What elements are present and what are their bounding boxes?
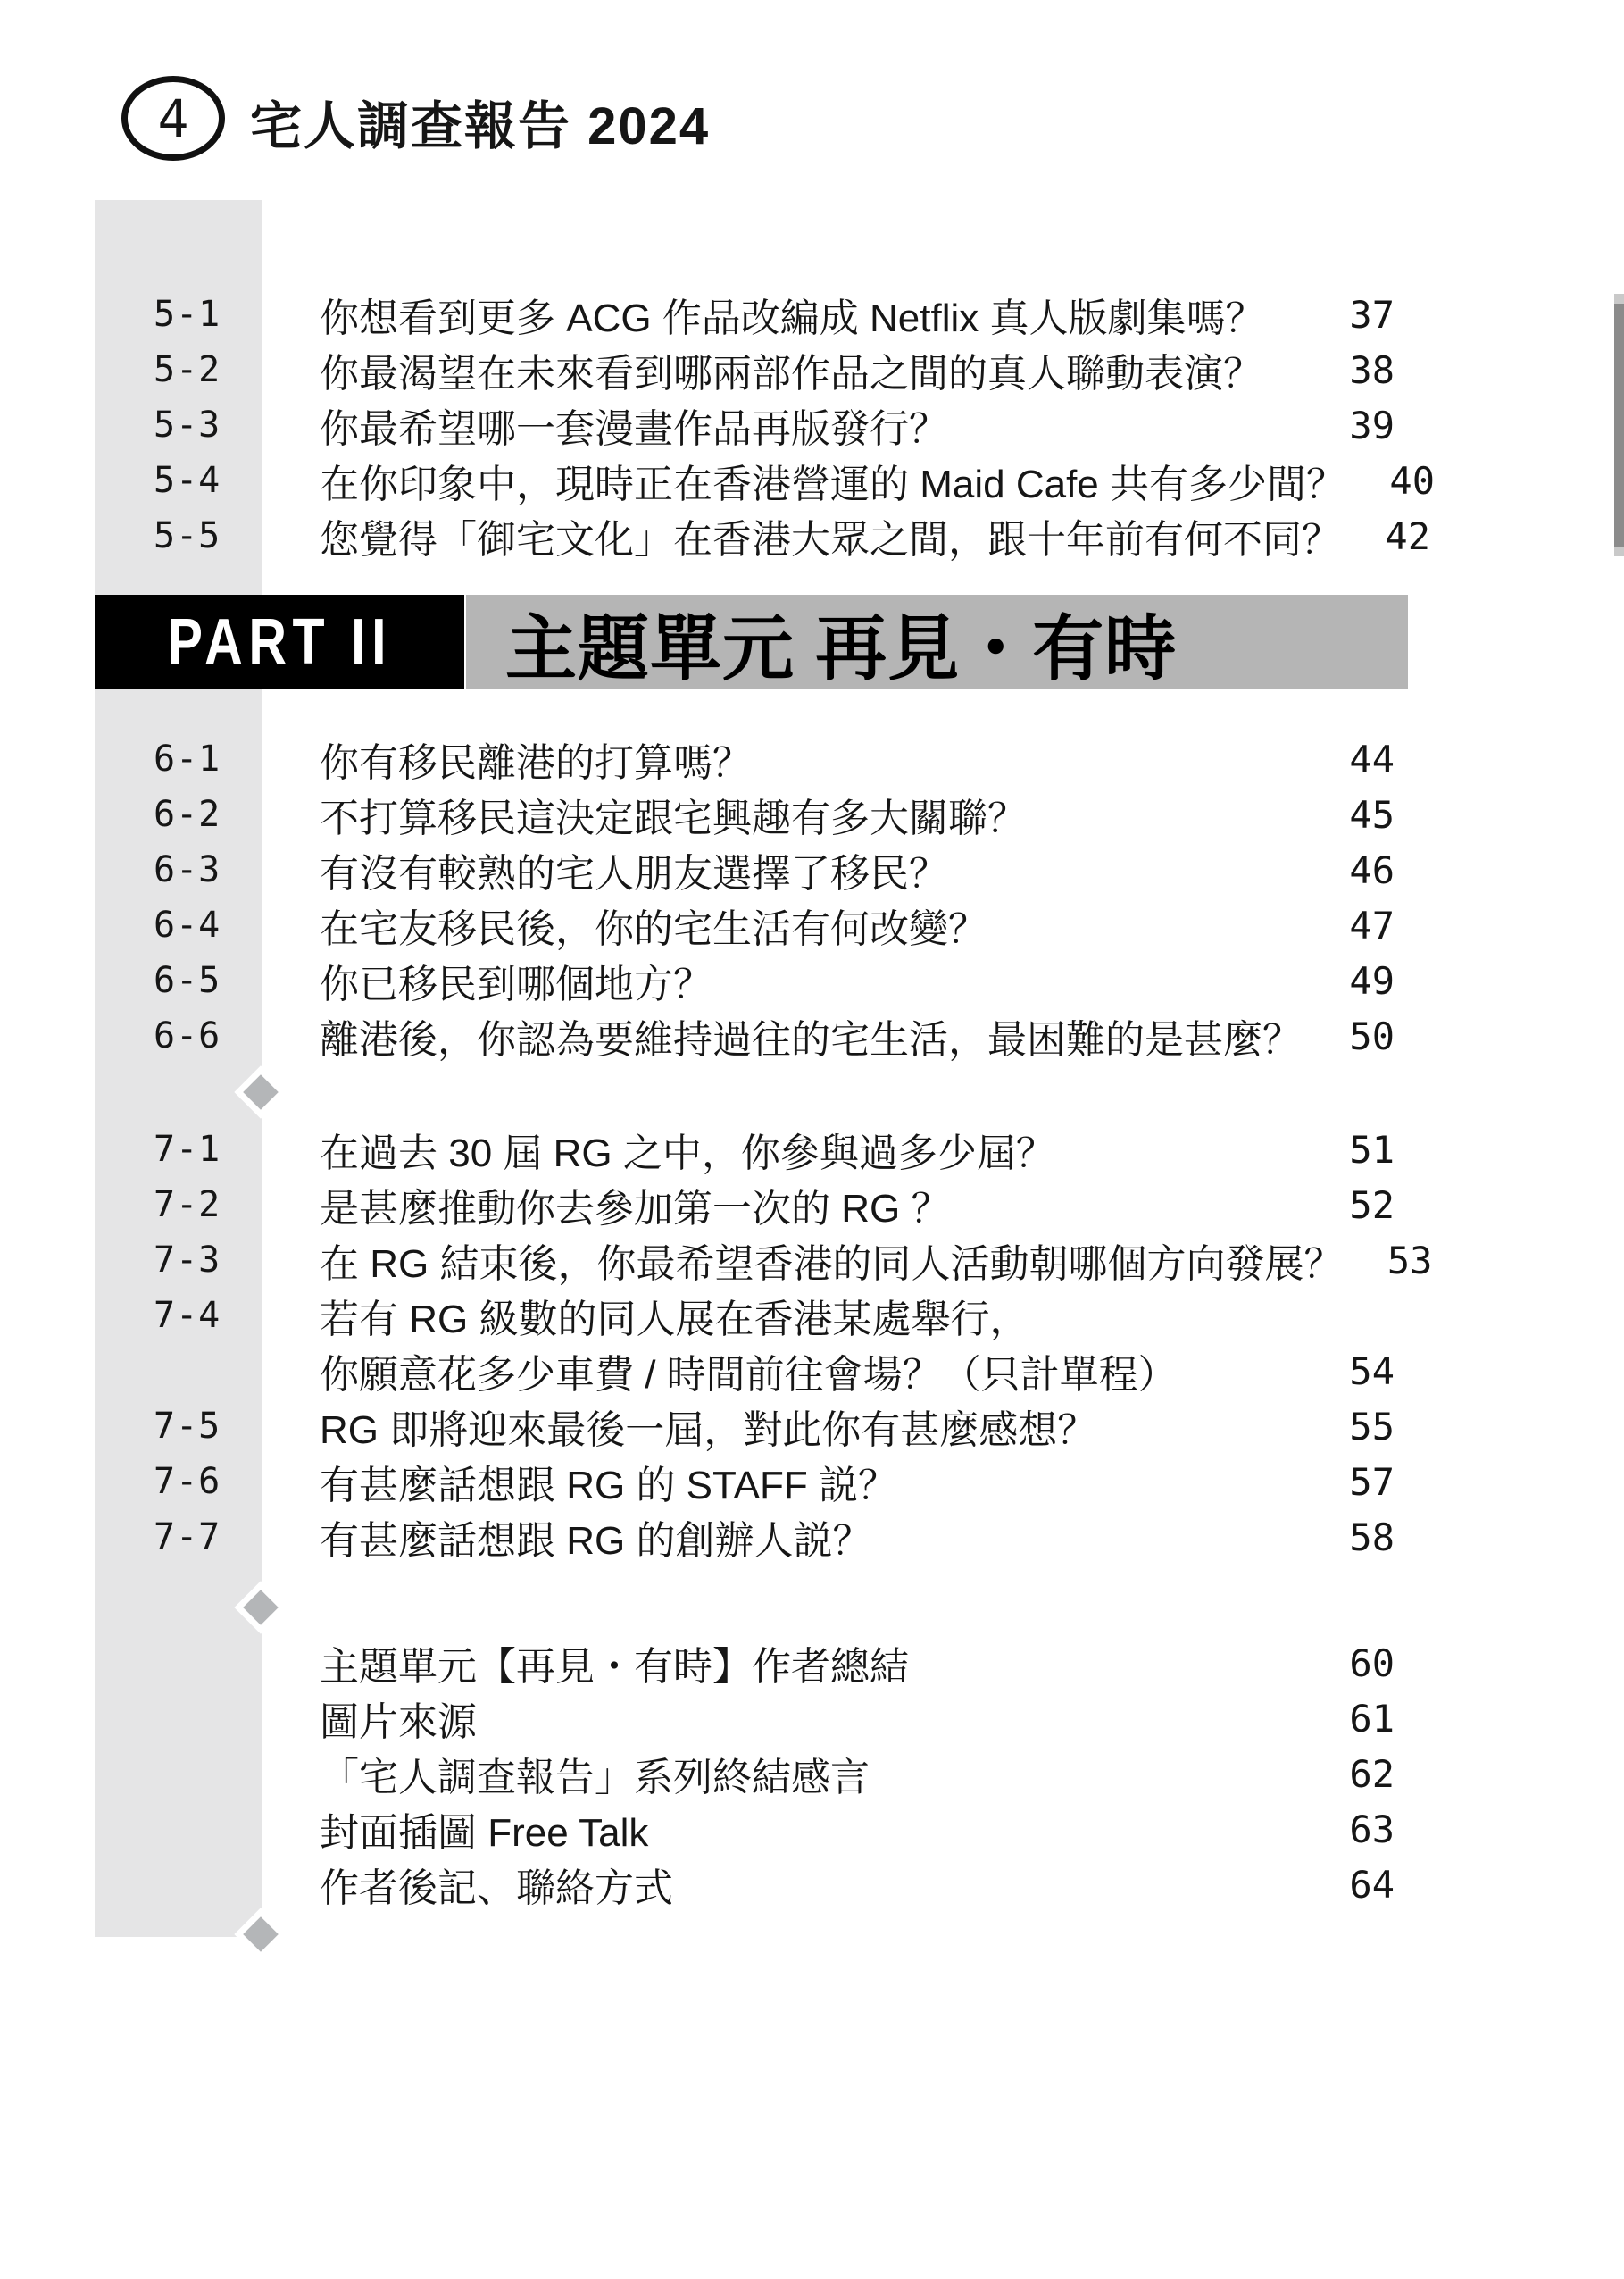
toc-item-number: 7-5	[154, 1406, 320, 1447]
toc-item-title: 你最希望哪一套漫畫作品再版發行？	[320, 397, 1305, 454]
toc-item-number: 5-3	[154, 405, 320, 446]
page-number: 4	[158, 93, 189, 145]
toc-item-number: 7-2	[154, 1184, 320, 1225]
toc-item-number: 6-2	[154, 794, 320, 835]
toc-row: 5-2 你最渴望在未來看到哪兩部作品之間的真人聯動表演？ 38	[154, 342, 1395, 397]
toc-item-title: 是甚麼推動你去參加第一次的 RG ？	[320, 1176, 1305, 1233]
toc-row: 7-3 在 RG 結束後，你最希望香港的同人活動朝哪個方向發展？ 53	[154, 1232, 1395, 1288]
toc-row: 7-5 RG 即將迎來最後一屆，對此你有甚麼感想？ 55	[154, 1398, 1395, 1454]
toc-item-page: 54	[1305, 1349, 1395, 1393]
toc-row: 「宅人調查報告」系列終結感言 62	[154, 1746, 1395, 1801]
toc-item-title: 你想看到更多 ACG 作品改編成 Netflix 真人版劇集嗎？	[320, 286, 1305, 343]
toc-item-title: 有沒有較熟的宅人朋友選擇了移民？	[320, 841, 1305, 898]
toc-item-title: 在過去 30 屆 RG 之中，你參與過多少屆？	[320, 1121, 1305, 1178]
toc-section-5: 5-1 你想看到更多 ACG 作品改編成 Netflix 真人版劇集嗎？ 37 …	[154, 287, 1395, 563]
page-edge-tab-cap-bottom	[1614, 547, 1624, 556]
part-banner: 主題單元 再見・有時	[466, 595, 1408, 689]
page-number-badge: 4	[121, 76, 225, 161]
toc-item-number: 6-1	[154, 739, 320, 780]
toc-item-number: 6-6	[154, 1015, 320, 1056]
toc-item-page: 62	[1305, 1752, 1395, 1796]
toc-row: 6-3 有沒有較熟的宅人朋友選擇了移民？ 46	[154, 842, 1395, 897]
toc-item-page: 60	[1305, 1641, 1395, 1685]
toc-item-page: 49	[1305, 959, 1395, 1003]
toc-item-title: 有甚麼話想跟 RG 的創辦人説？	[320, 1508, 1305, 1565]
toc-row: 7-2 是甚麼推動你去參加第一次的 RG ？ 52	[154, 1177, 1395, 1232]
toc-item-title: 你已移民到哪個地方？	[320, 952, 1305, 1009]
toc-row: 圖片來源 61	[154, 1690, 1395, 1746]
toc-item-page: 52	[1305, 1183, 1395, 1227]
toc-item-number: 7-4	[154, 1295, 320, 1336]
toc-item-number: 6-5	[154, 960, 320, 1001]
toc-item-number: 6-3	[154, 849, 320, 890]
toc-item-page: 45	[1305, 793, 1395, 837]
toc-row: 6-2 不打算移民這決定跟宅興趣有多大關聯？ 45	[154, 787, 1395, 842]
toc-item-title: RG 即將迎來最後一屆，對此你有甚麼感想？	[320, 1398, 1305, 1455]
toc-item-title: 在 RG 結束後，你最希望香港的同人活動朝哪個方向發展？	[320, 1231, 1343, 1289]
toc-item-title: 有甚麼話想跟 RG 的 STAFF 説？	[320, 1453, 1305, 1510]
toc-row: 5-5 您覺得「御宅文化」在香港大眾之間，跟十年前有何不同？ 42	[154, 508, 1395, 563]
toc-row: 封面插圖 Free Talk 63	[154, 1801, 1395, 1857]
toc-item-page: 37	[1305, 293, 1395, 337]
toc-item-page: 58	[1305, 1515, 1395, 1559]
toc-row: 7-7 有甚麼話想跟 RG 的創辦人説？ 58	[154, 1509, 1395, 1565]
toc-item-title: 你願意花多少車費 / 時間前往會場？（只計單程）	[320, 1342, 1305, 1399]
toc-item-page: 57	[1305, 1460, 1395, 1504]
toc-item-page: 47	[1305, 904, 1395, 947]
toc-row: 作者後記、聯絡方式 64	[154, 1857, 1395, 1912]
toc-row: 5-1 你想看到更多 ACG 作品改編成 Netflix 真人版劇集嗎？ 37	[154, 287, 1395, 342]
toc-section-7: 7-1 在過去 30 屆 RG 之中，你參與過多少屆？ 51 7-2 是甚麼推動…	[154, 1122, 1395, 1565]
toc-item-title: 您覺得「御宅文化」在香港大眾之間，跟十年前有何不同？	[320, 507, 1341, 564]
toc-item-number: 6-4	[154, 905, 320, 946]
toc-item-page: 53	[1343, 1239, 1432, 1282]
toc-row: 5-4 在你印象中，現時正在香港營運的 Maid Cafe 共有多少間？ 40	[154, 453, 1395, 508]
toc-row: 6-1 你有移民離港的打算嗎？ 44	[154, 731, 1395, 787]
toc-item-page: 51	[1305, 1128, 1395, 1172]
toc-row: 7-1 在過去 30 屆 RG 之中，你參與過多少屆？ 51	[154, 1122, 1395, 1177]
toc-section-end: 主題單元【再見・有時】作者總結 60 圖片來源 61 「宅人調查報告」系列終結感…	[154, 1635, 1395, 1912]
toc-row: 6-6 離港後，你認為要維持過往的宅生活，最困難的是甚麼？ 50	[154, 1008, 1395, 1064]
toc-item-title: 在宅友移民後，你的宅生活有何改變？	[320, 897, 1305, 954]
toc-item-page: 39	[1305, 404, 1395, 447]
toc-item-number: 7-7	[154, 1516, 320, 1557]
toc-item-page: 38	[1305, 348, 1395, 392]
toc-item-number: 5-2	[154, 349, 320, 390]
toc-row: 你願意花多少車費 / 時間前往會場？（只計單程） 54	[154, 1343, 1395, 1398]
toc-item-title: 離港後，你認為要維持過往的宅生活，最困難的是甚麼？	[320, 1007, 1305, 1064]
toc-item-title: 作者後記、聯絡方式	[320, 1856, 1305, 1913]
page-edge-tab	[1614, 294, 1624, 556]
toc-item-title: 你有移民離港的打算嗎？	[320, 730, 1305, 788]
part-banner-title: 主題單元 再見・有時	[505, 591, 1177, 694]
toc-row: 7-6 有甚麼話想跟 RG 的 STAFF 説？ 57	[154, 1454, 1395, 1509]
toc-item-number: 7-3	[154, 1240, 320, 1281]
toc-row: 6-5 你已移民到哪個地方？ 49	[154, 953, 1395, 1008]
toc-item-page: 61	[1305, 1697, 1395, 1741]
toc-item-title: 主題單元【再見・有時】作者總結	[320, 1634, 1305, 1691]
toc-item-page: 44	[1305, 738, 1395, 781]
toc-item-title: 在你印象中，現時正在香港營運的 Maid Cafe 共有多少間？	[320, 452, 1345, 509]
part-label-box: PART II	[95, 595, 464, 689]
toc-item-number: 7-1	[154, 1129, 320, 1170]
toc-item-number: 5-4	[154, 460, 320, 501]
toc-item-title: 「宅人調查報告」系列終結感言	[320, 1745, 1305, 1802]
toc-section-6: 6-1 你有移民離港的打算嗎？ 44 6-2 不打算移民這決定跟宅興趣有多大關聯…	[154, 731, 1395, 1064]
toc-row: 7-4 若有 RG 級數的同人展在香港某處舉行，	[154, 1288, 1395, 1343]
page-edge-tab-cap-top	[1614, 294, 1624, 304]
toc-row: 主題單元【再見・有時】作者總結 60	[154, 1635, 1395, 1690]
toc-item-page: 50	[1305, 1014, 1395, 1058]
toc-item-page: 64	[1305, 1863, 1395, 1907]
toc-item-number: 7-6	[154, 1461, 320, 1502]
page-title: 宅人調查報告 2024	[250, 84, 710, 159]
toc-item-number: 5-5	[154, 515, 320, 556]
toc-row: 6-4 在宅友移民後，你的宅生活有何改變？ 47	[154, 897, 1395, 953]
toc-item-page: 40	[1345, 459, 1435, 503]
toc-item-title: 圖片來源	[320, 1690, 1305, 1747]
toc-item-title: 不打算移民這決定跟宅興趣有多大關聯？	[320, 786, 1305, 843]
toc-item-page: 46	[1305, 848, 1395, 892]
toc-item-page: 63	[1305, 1807, 1395, 1851]
toc-item-title: 若有 RG 級數的同人展在香港某處舉行，	[320, 1287, 1305, 1344]
part-label: PART II	[167, 605, 391, 679]
toc-row: 5-3 你最希望哪一套漫畫作品再版發行？ 39	[154, 397, 1395, 453]
toc-item-page: 42	[1341, 514, 1430, 558]
toc-item-title: 你最渴望在未來看到哪兩部作品之間的真人聯動表演？	[320, 341, 1305, 398]
toc-item-number: 5-1	[154, 294, 320, 335]
toc-item-title: 封面插圖 Free Talk	[320, 1800, 1305, 1857]
toc-item-page: 55	[1305, 1405, 1395, 1448]
